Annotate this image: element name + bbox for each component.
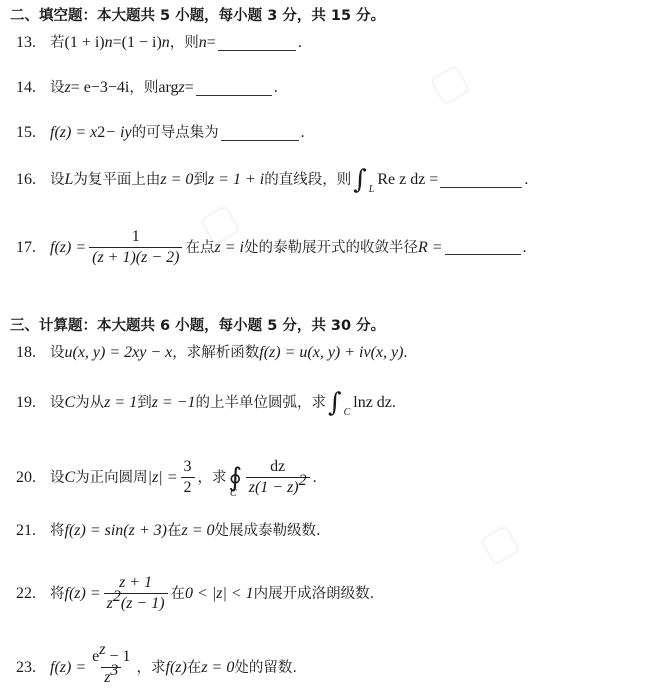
math-expr: f(z) = x bbox=[50, 123, 97, 143]
period: . bbox=[313, 468, 317, 488]
fraction-denominator: z3 bbox=[101, 667, 121, 687]
question-text: 处展成泰勒级数. bbox=[215, 521, 321, 541]
question-17: 17. f(z) = 1 (z + 1)(z − 2) 在点 z = i 处的泰… bbox=[16, 228, 527, 267]
math-expr: − iy bbox=[105, 123, 131, 143]
watermark: ▢ bbox=[471, 514, 527, 573]
math-expr: z = 1 + i bbox=[208, 170, 264, 190]
fraction-denominator: z2(z − 1) bbox=[104, 593, 168, 613]
question-16: 16. 设 L 为复平面上由 z = 0 到 z = 1 + i 的直线段，则 … bbox=[16, 170, 528, 190]
question-text: 设 bbox=[50, 78, 65, 98]
question-text: ，求 bbox=[198, 468, 227, 488]
question-text: 设 bbox=[50, 170, 65, 190]
question-text: 的直线段，则 bbox=[264, 170, 351, 190]
question-text: 为复平面上由 bbox=[73, 170, 160, 190]
math-exponent: 2 bbox=[299, 472, 307, 489]
question-number: 17. bbox=[16, 238, 50, 258]
fraction: 1 (z + 1)(z − 2) bbox=[89, 228, 182, 267]
math-expr: z = 0 bbox=[181, 521, 214, 541]
question-text: 为正向圆周 bbox=[75, 468, 148, 488]
math-expr: 0 < |z| < 1 bbox=[185, 584, 254, 604]
math-func: arg bbox=[158, 78, 178, 98]
question-18: 18. 设 u(x, y) = 2xy − x ，求解析函数 f(z) = u(… bbox=[16, 343, 407, 363]
question-text: 设 bbox=[50, 393, 65, 413]
question-number: 15. bbox=[16, 123, 50, 143]
watermark: ▢ bbox=[421, 54, 477, 113]
math-var: L bbox=[65, 170, 74, 190]
question-14: 14. 设 z = e−3−4i ，则 arg z = . bbox=[16, 78, 278, 98]
question-number: 14. bbox=[16, 78, 50, 98]
math-expr: (1 + i) bbox=[65, 33, 105, 53]
fraction: dz z(1 − z)2 bbox=[246, 458, 310, 497]
answer-blank[interactable] bbox=[196, 81, 272, 96]
fraction-denominator: z(1 − z)2 bbox=[246, 477, 310, 497]
period: . bbox=[274, 78, 278, 98]
question-text: 的上半单位圆弧，求 bbox=[196, 393, 327, 413]
question-text: 处的泰勒展开式的收敛半径 bbox=[244, 238, 418, 258]
question-number: 23. bbox=[16, 658, 50, 678]
math-var: C bbox=[65, 468, 76, 488]
math-var: C bbox=[65, 393, 76, 413]
question-text: 在 bbox=[171, 584, 186, 604]
question-23: 23. f(z) = ez − 1 z3 ，求 f(z) 在 z = 0 处的留… bbox=[16, 648, 297, 687]
fraction-denominator: (z + 1)(z − 2) bbox=[89, 247, 182, 267]
question-text: 将 bbox=[50, 521, 65, 541]
answer-blank[interactable] bbox=[221, 126, 299, 141]
question-number: 19. bbox=[16, 393, 50, 413]
section-title-calculation: 三、计算题：本大题共 6 小题，每小题 5 分，共 30 分。 bbox=[10, 316, 385, 336]
question-text: 在 bbox=[187, 658, 202, 678]
question-22: 22. 将 f(z) = z + 1 z2(z − 1) 在 0 < |z| <… bbox=[16, 574, 374, 613]
period: . bbox=[524, 170, 528, 190]
question-text: 设 bbox=[50, 343, 65, 363]
math-expr: f(z) = bbox=[50, 238, 86, 258]
math-expr: |z| = bbox=[148, 468, 178, 488]
fraction-numerator: 3 bbox=[181, 458, 195, 477]
question-text: ，求 bbox=[137, 658, 166, 678]
question-text: 内展开成洛朗级数. bbox=[254, 584, 375, 604]
question-21: 21. 将 f(z) = sin(z + 3) 在 z = 0 处展成泰勒级数. bbox=[16, 521, 321, 541]
question-number: 22. bbox=[16, 584, 50, 604]
period: . bbox=[301, 123, 305, 143]
math-expr: z = −1 bbox=[152, 393, 196, 413]
section-title-fill-in: 二、填空题：本大题共 5 小题，每小题 3 分，共 15 分。 bbox=[10, 6, 385, 26]
question-text: 到 bbox=[193, 170, 208, 190]
period: . bbox=[392, 393, 396, 413]
math-expr: R = bbox=[418, 238, 443, 258]
math-expr: f(z) = bbox=[50, 658, 86, 678]
period: . bbox=[298, 33, 302, 53]
integral-subscript: C bbox=[344, 403, 351, 423]
question-number: 21. bbox=[16, 521, 50, 541]
math-expr: = e bbox=[71, 78, 91, 98]
answer-blank[interactable] bbox=[218, 36, 296, 51]
math-expr: z = i bbox=[214, 238, 243, 258]
question-text: ，则 bbox=[170, 33, 199, 53]
math-expr: f(z) bbox=[166, 658, 187, 678]
answer-blank[interactable] bbox=[445, 240, 521, 255]
math-expr: f(z) = sin(z + 3) bbox=[65, 521, 167, 541]
math-expr: = bbox=[185, 78, 194, 98]
fraction-denominator: 2 bbox=[181, 477, 195, 497]
fraction-numerator: 1 bbox=[129, 228, 143, 247]
period: . bbox=[403, 343, 407, 363]
question-text: 到 bbox=[137, 393, 152, 413]
question-number: 20. bbox=[16, 468, 50, 488]
question-text: 若 bbox=[50, 33, 65, 53]
fraction: 3 2 bbox=[181, 458, 195, 497]
math-expr: f(z) = bbox=[65, 584, 101, 604]
math-expr: z = 1 bbox=[104, 393, 137, 413]
denominator-base: z(1 − z) bbox=[249, 479, 299, 496]
math-expr: = bbox=[207, 33, 216, 53]
math-expr: z = 0 bbox=[160, 170, 193, 190]
question-text: 的可导点集为 bbox=[132, 123, 219, 143]
question-13: 13. 若 (1 + i)n = (1 − i)n ，则 n = . bbox=[16, 33, 302, 53]
period: . bbox=[523, 238, 527, 258]
math-exponent: 2 bbox=[113, 588, 121, 605]
integral-subscript: C bbox=[230, 484, 237, 504]
integral-subscript: L bbox=[369, 180, 375, 200]
math-expr: lnz dz bbox=[353, 393, 392, 413]
question-number: 18. bbox=[16, 343, 50, 363]
fraction: ez − 1 z3 bbox=[89, 648, 133, 687]
answer-blank[interactable] bbox=[440, 173, 522, 188]
fraction: z + 1 z2(z − 1) bbox=[104, 574, 168, 613]
math-expr: z = 0 bbox=[201, 658, 234, 678]
math-expr: u(x, y) = 2xy − x bbox=[65, 343, 173, 363]
question-text: 在点 bbox=[185, 238, 214, 258]
question-text: 设 bbox=[50, 468, 65, 488]
question-number: 16. bbox=[16, 170, 50, 190]
question-text: 在 bbox=[167, 521, 182, 541]
fraction-numerator: z + 1 bbox=[116, 574, 155, 593]
question-19: 19. 设 C 为从 z = 1 到 z = −1 的上半单位圆弧，求 ∫C l… bbox=[16, 393, 396, 413]
exam-page: ▢ ▢ ▢ 二、填空题：本大题共 5 小题，每小题 3 分，共 15 分。 13… bbox=[0, 0, 650, 690]
question-text: 为从 bbox=[75, 393, 104, 413]
math-expr: Re z dz = bbox=[377, 170, 438, 190]
fraction-numerator: dz bbox=[267, 458, 288, 477]
question-20: 20. 设 C 为正向圆周 |z| = 3 2 ，求 ∮C dz z(1 − z… bbox=[16, 458, 317, 497]
math-expr: f(z) = u(x, y) + iv(x, y) bbox=[259, 343, 403, 363]
question-text: 将 bbox=[50, 584, 65, 604]
math-expr: (1 − i) bbox=[122, 33, 162, 53]
question-text: 处的留数. bbox=[234, 658, 297, 678]
integral-sign-icon: ∫ bbox=[328, 393, 342, 413]
math-var: n bbox=[199, 33, 207, 53]
question-text: ，求解析函数 bbox=[172, 343, 259, 363]
question-text: ，则 bbox=[129, 78, 158, 98]
question-15: 15. f(z) = x2 − iy 的可导点集为 . bbox=[16, 123, 305, 143]
math-exponent: 3 bbox=[110, 662, 118, 679]
denominator-rest: (z − 1) bbox=[121, 595, 165, 612]
math-expr: = bbox=[113, 33, 122, 53]
integral-sign-icon: ∫ bbox=[353, 170, 367, 190]
question-number: 13. bbox=[16, 33, 50, 53]
